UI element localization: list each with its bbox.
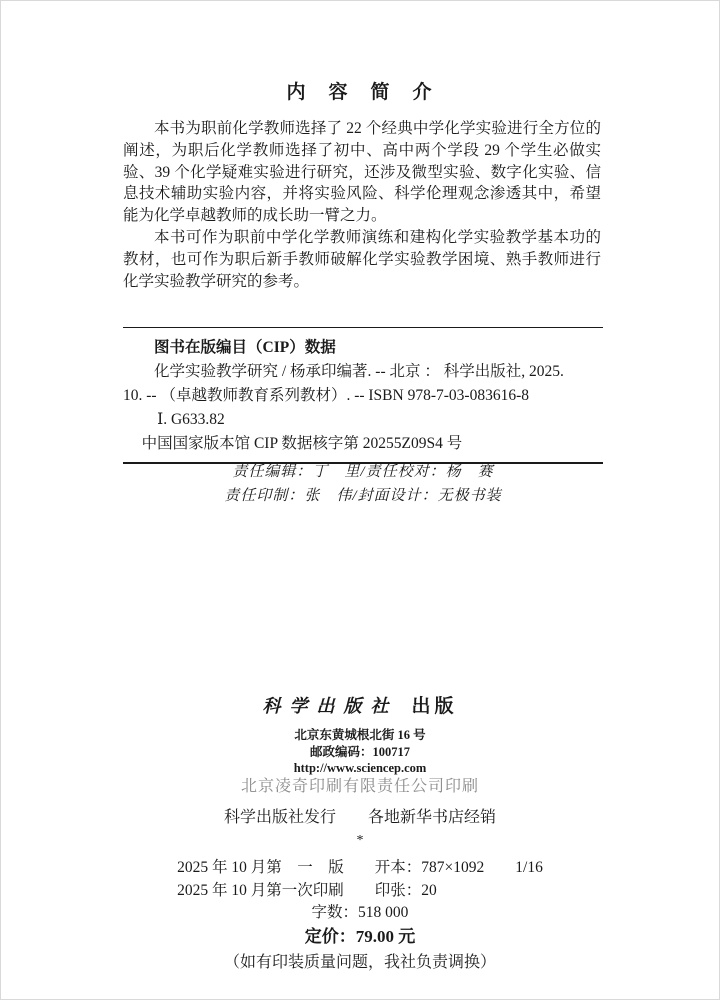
cip-heading: 图书在版编目（CIP）数据 xyxy=(123,336,603,360)
printer-name: 北京凌奇印刷有限责任公司印刷 xyxy=(1,776,719,797)
copyright-page: 内 容 简 介 本书为职前化学教师选择了 22 个经典中学化学实验进行全方位的阐… xyxy=(0,0,720,1000)
intro-paragraph-1: 本书为职前化学教师选择了 22 个经典中学化学实验进行全方位的阐述，为职后化学教… xyxy=(123,118,601,227)
intro-section: 本书为职前化学教师选择了 22 个经典中学化学实验进行全方位的阐述，为职后化学教… xyxy=(123,118,601,292)
exchange-note: （如有印装质量问题，我社负责调换） xyxy=(1,949,719,977)
star-separator: * xyxy=(1,830,719,852)
colophon-section: 科学出版社出版 北京东黄城根北街 16 号 邮政编码：100717 http:/… xyxy=(1,693,719,977)
publisher-website: http://www.sciencep.com xyxy=(1,761,719,776)
cip-registration-line: 中国国家版本馆 CIP 数据核字第 20255Z09S4 号 xyxy=(123,432,603,456)
cip-title-line: 化学实验教学研究 / 杨承印编著. -- 北京 ： 科学出版社, 2025. xyxy=(123,360,603,384)
edition-line: 2025 年 10 月第 一 版 开本：787×1092 1/16 xyxy=(177,856,543,879)
publisher-address: 北京东黄城根北街 16 号 xyxy=(1,727,719,744)
publisher-logo-script: 科学出版社 xyxy=(262,696,397,716)
staff-editors-line: 责任编辑：丁 里/责任校对：杨 赛 xyxy=(123,460,603,484)
distribution-line: 科学出版社发行 各地新华书店经销 xyxy=(1,806,719,830)
cip-classification-line: Ⅰ. G633.82 xyxy=(123,408,603,432)
page-title: 内 容 简 介 xyxy=(1,77,719,104)
intro-paragraph-2: 本书可作为职前中学化学教师演练和建构化学实验教学基本功的教材，也可作为职后新手教… xyxy=(123,227,601,292)
staff-production-line: 责任印制：张 伟/封面设计：无极书装 xyxy=(123,484,603,508)
cip-body: 图书在版编目（CIP）数据 化学实验教学研究 / 杨承印编著. -- 北京 ： … xyxy=(123,328,603,462)
impression-line: 2025 年 10 月第一次印刷 印张：20 xyxy=(177,879,543,902)
price-line: 定价：79.00 元 xyxy=(1,925,719,949)
word-count-line: 字数：518 000 xyxy=(1,902,719,924)
edition-block: 2025 年 10 月第 一 版 开本：787×1092 1/16 2025 年… xyxy=(177,856,543,902)
staff-section: 责任编辑：丁 里/责任校对：杨 赛 责任印制：张 伟/封面设计：无极书装 xyxy=(123,460,603,508)
publisher-logo-line: 科学出版社出版 xyxy=(1,693,719,720)
publisher-postcode: 邮政编码：100717 xyxy=(1,744,719,761)
cip-series-isbn-line: 10. -- （卓越教师教育系列教材）. -- ISBN 978-7-03-08… xyxy=(123,384,603,408)
publisher-logo-suffix: 出版 xyxy=(411,696,457,717)
cip-section: 图书在版编目（CIP）数据 化学实验教学研究 / 杨承印编著. -- 北京 ： … xyxy=(123,327,603,464)
